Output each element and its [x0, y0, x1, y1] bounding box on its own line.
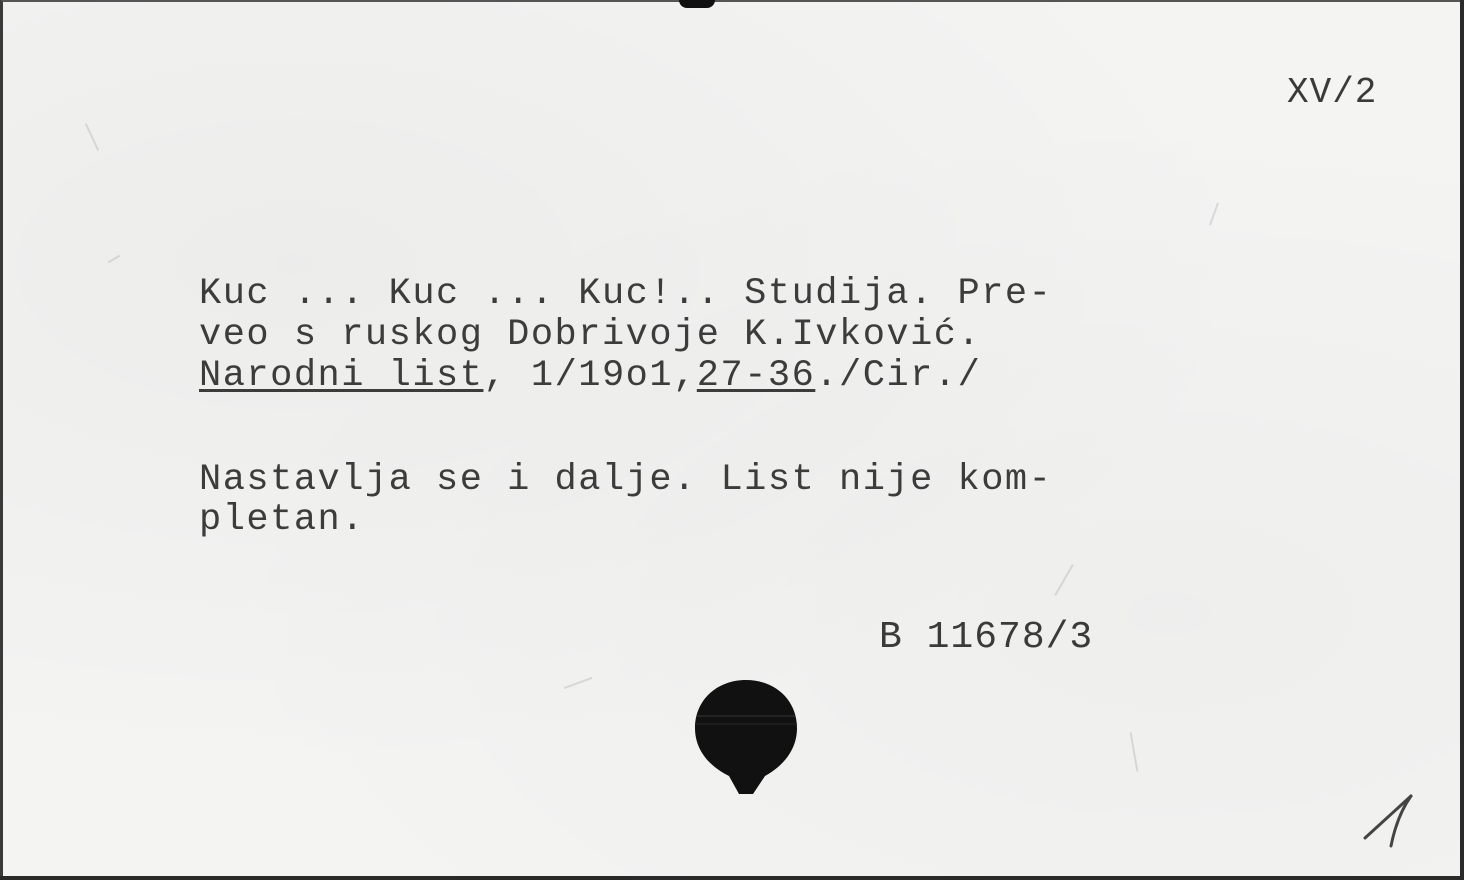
source-issue: , 1/19o1, [483, 355, 696, 397]
entry-line-source: Narodni list, 1/19o1,27-36./Cir./ [199, 356, 1319, 397]
paper-fiber [564, 677, 593, 689]
card-notch-icon [679, 0, 715, 8]
note-line: pletan. [199, 500, 1319, 540]
paper-fiber [1130, 732, 1139, 772]
shelfmark: XV/2 [1287, 72, 1377, 113]
card-note: Nastavlja se i dalje. List nije kom- ple… [199, 460, 1319, 540]
source-period: . [815, 355, 839, 397]
catalog-card: XV/2 Kuc ... Kuc ... Kuc!.. Studija. Pre… [0, 0, 1460, 876]
paper-fiber [1054, 564, 1074, 596]
paper-fiber [85, 123, 99, 151]
hand-mark-icon [1355, 786, 1425, 856]
entry-line-translator: veo s ruskog Dobrivoje K.Ivković. [199, 315, 1319, 356]
paper-fiber [1209, 202, 1219, 225]
punch-hole-icon [691, 676, 801, 796]
bibliographic-entry: Kuc ... Kuc ... Kuc!.. Studija. Pre- veo… [199, 274, 1319, 397]
source-title: Narodni list [199, 355, 483, 397]
script-note: /Cir./ [839, 355, 981, 397]
note-line: Nastavlja se i dalje. List nije kom- [199, 460, 1319, 500]
source-pages: 27-36 [697, 355, 816, 397]
entry-line-title: Kuc ... Kuc ... Kuc!.. Studija. Pre- [199, 274, 1319, 315]
paper-fiber [107, 255, 120, 264]
call-number: B 11678/3 [879, 616, 1093, 659]
